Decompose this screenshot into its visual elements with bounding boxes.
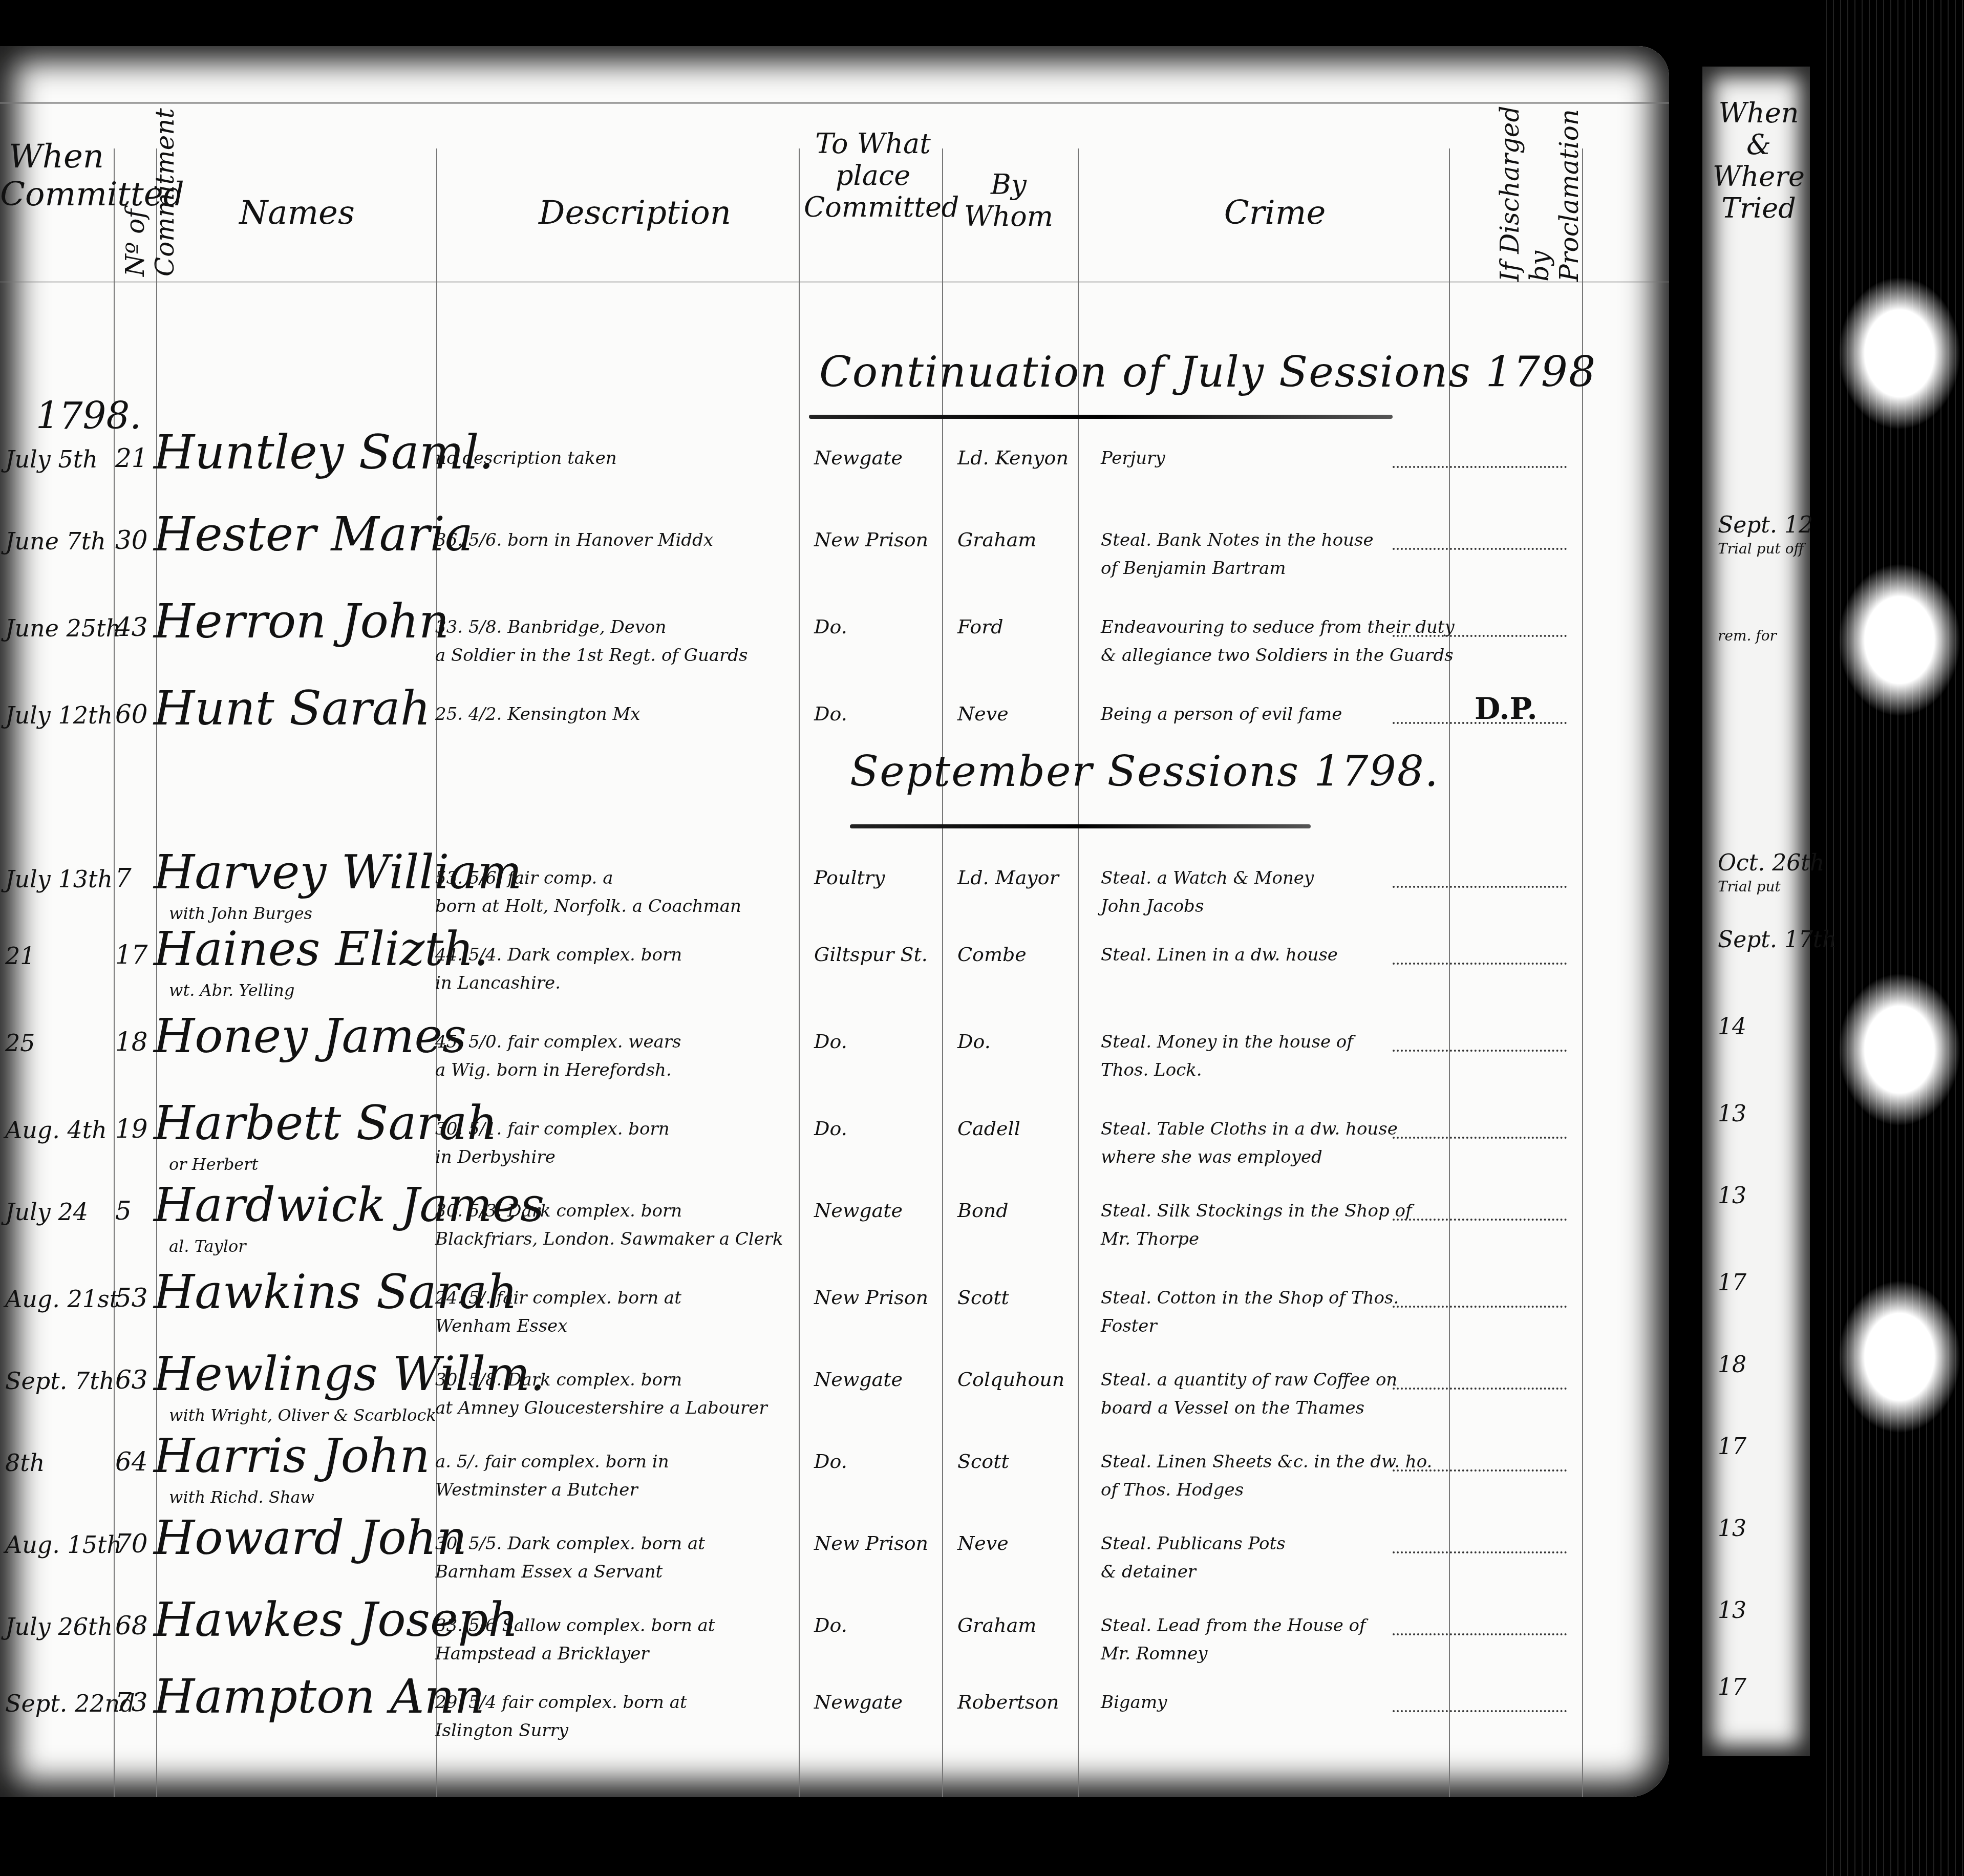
prisoner-name-cell: Hunt Sarah: [154, 681, 431, 736]
leader-dots: [1393, 1050, 1567, 1052]
committed-by-cell: Scott: [957, 1286, 1009, 1309]
committed-place-cell: New Prison: [814, 528, 928, 551]
accomplice-note: with John Burges: [169, 904, 312, 923]
leader-dots: [1393, 466, 1567, 468]
description-cell: 30. 5/8. Dark complex. born: [435, 1370, 682, 1390]
crime-line2: & allegiance two Soldiers in the Guards: [1101, 645, 1454, 666]
crime-cell: Steal. Publicans Pots: [1101, 1533, 1286, 1554]
header-discharged-by-proclamation: If Discharged by Proclamation: [1495, 87, 1584, 282]
crime-line2: of Thos. Hodges: [1101, 1480, 1244, 1500]
header-when-committed: When Committed: [0, 138, 113, 214]
commitment-number-cell: 30: [115, 525, 148, 555]
accomplice-note: al. Taylor: [169, 1237, 246, 1256]
commitment-number-cell: 17: [115, 940, 148, 970]
committed-by-cell: Neve: [957, 1532, 1009, 1554]
crime-cell: Steal. a Watch & Money: [1101, 868, 1314, 888]
committed-place-cell: New Prison: [814, 1286, 928, 1309]
tried-date-cell: Sept. 12: [1718, 512, 1813, 538]
commitment-number-cell: 64: [115, 1447, 148, 1477]
description-line2: Wenham Essex: [435, 1316, 567, 1336]
crime-cell: Steal. Linen Sheets &c. in the dw. ho.: [1101, 1452, 1432, 1472]
header-description: Description: [507, 195, 763, 232]
commitment-number-cell: 70: [115, 1529, 148, 1559]
commitment-number-cell: 18: [115, 1027, 148, 1057]
commitment-number-cell: 5: [115, 1196, 132, 1226]
description-line2: in Derbyshire: [435, 1147, 556, 1167]
description-line2: Barnham Essex a Servant: [435, 1562, 663, 1582]
committed-by-cell: Neve: [957, 702, 1009, 725]
tried-note: Trial put off: [1718, 540, 1804, 557]
committed-place-cell: Do.: [814, 1117, 847, 1140]
crime-cell: Steal. Cotton in the Shop of Thos.: [1101, 1288, 1399, 1308]
description-line2: Westminster a Butcher: [435, 1480, 638, 1500]
when-committed-cell: July 13th: [5, 865, 113, 893]
committed-by-cell: Ford: [957, 615, 1004, 638]
committed-place-cell: Newgate: [814, 1691, 903, 1713]
leader-dots: [1393, 1710, 1567, 1712]
description-cell: 30. 5/1. fair complex. born: [435, 1119, 670, 1139]
crime-cell: Steal. Silk Stockings in the Shop of: [1101, 1201, 1412, 1221]
commitment-number-cell: 63: [115, 1365, 148, 1395]
committed-place-cell: New Prison: [814, 1532, 928, 1554]
commitment-number-cell: 19: [115, 1114, 148, 1144]
description-line2: Blackfriars, London. Sawmaker a Clerk: [435, 1229, 783, 1249]
description-line2: born at Holt, Norfolk. a Coachman: [435, 896, 741, 916]
prisoner-name-cell: Honey James: [154, 1009, 466, 1063]
committed-place-cell: Newgate: [814, 446, 903, 469]
crime-line2: Mr. Romney: [1101, 1644, 1207, 1664]
accomplice-note: or Herbert: [169, 1155, 258, 1174]
description-line2: Islington Surry: [435, 1720, 568, 1741]
header-crime: Crime: [1167, 195, 1382, 232]
crime-line2: board a Vessel on the Thames: [1101, 1398, 1364, 1418]
when-committed-cell: 8th: [5, 1449, 45, 1477]
commitment-number-cell: 73: [115, 1688, 148, 1717]
when-committed-cell: Sept. 7th: [5, 1367, 114, 1395]
crime-line2: John Jacobs: [1101, 896, 1204, 916]
crime-cell: Bigamy: [1101, 1692, 1167, 1713]
tried-note: Trial put: [1718, 878, 1781, 895]
tried-note: rem. for: [1718, 627, 1777, 644]
committed-by-cell: Scott: [957, 1450, 1009, 1473]
film-light-spot: [1838, 1280, 1961, 1434]
section-underline: [850, 824, 1311, 828]
leader-dots: [1393, 1633, 1567, 1635]
committed-by-cell: Graham: [957, 528, 1036, 551]
prisoner-name-cell: Harris John: [154, 1429, 430, 1483]
tried-date-cell: 13: [1718, 1516, 1746, 1542]
when-committed-cell: June 7th: [5, 527, 106, 555]
accomplice-note: with Richd. Shaw: [169, 1487, 314, 1507]
tried-date-cell: 17: [1718, 1674, 1746, 1700]
committed-place-cell: Newgate: [814, 1368, 903, 1391]
tried-date-cell: 13: [1718, 1101, 1746, 1127]
committed-by-cell: Combe: [957, 943, 1027, 966]
year-label: 1798.: [36, 394, 141, 437]
crime-cell: Perjury: [1101, 448, 1165, 468]
description-cell: 33. 5/8. Banbridge, Devon: [435, 617, 666, 637]
committed-by-cell: Robertson: [957, 1691, 1059, 1713]
film-light-spot: [1838, 276, 1961, 430]
commitment-number-cell: 43: [115, 612, 148, 642]
tried-date-cell: 14: [1718, 1014, 1746, 1040]
discharged-mark: D.P.: [1475, 691, 1538, 726]
committed-place-cell: Do.: [814, 615, 847, 638]
committed-place-cell: Do.: [814, 1030, 847, 1053]
description-line2: Hampstead a Bricklayer: [435, 1644, 649, 1664]
crime-cell: Steal. Lead from the House of: [1101, 1615, 1366, 1636]
prisoner-name-cell: Hester Maria: [154, 507, 473, 562]
tried-date-cell: 17: [1718, 1270, 1746, 1296]
committed-by-cell: Ld. Mayor: [957, 866, 1059, 889]
tried-date-cell: 13: [1718, 1183, 1746, 1209]
when-committed-cell: Aug. 15th: [5, 1531, 122, 1559]
description-cell: 30. 5/5. Dark complex. born at: [435, 1533, 705, 1554]
leader-dots: [1393, 548, 1567, 550]
committed-by-cell: Cadell: [957, 1117, 1020, 1140]
header-names: Names: [195, 195, 399, 232]
committed-by-cell: Ld. Kenyon: [957, 446, 1069, 469]
crime-line2: of Benjamin Bartram: [1101, 558, 1286, 579]
description-cell: a. 5/. fair complex. born in: [435, 1452, 669, 1472]
crime-cell: Steal. Money in the house of: [1101, 1032, 1353, 1052]
description-line2: a Soldier in the 1st Regt. of Guards: [435, 645, 748, 666]
description-line2: in Lancashire.: [435, 973, 561, 993]
tried-date-cell: 18: [1718, 1352, 1746, 1378]
when-committed-cell: July 24: [5, 1198, 88, 1226]
description-cell: 36. 5/6. born in Hanover Middx: [435, 530, 713, 550]
crime-line2: & detainer: [1101, 1562, 1196, 1582]
header-bottom-rule: [0, 282, 1669, 283]
header-number-of-commitment: Nº of Commitment: [120, 108, 180, 276]
when-committed-cell: Aug. 21st: [5, 1285, 119, 1313]
description-cell: 24. 5/. fair complex. born at: [435, 1288, 681, 1308]
committed-by-cell: Graham: [957, 1614, 1036, 1636]
header-top-rule: [0, 102, 1669, 104]
committed-by-cell: Bond: [957, 1199, 1009, 1222]
leader-dots: [1393, 1388, 1567, 1390]
prisoner-name-cell: Howard John: [154, 1510, 467, 1565]
commitment-number-cell: 60: [115, 699, 148, 729]
header-to-what-place-committed: To What place Committed: [804, 128, 942, 223]
film-light-spot: [1838, 563, 1961, 717]
header-by-whom: By Whom: [952, 169, 1065, 232]
adjacent-page-strip: When & Where Tried Sept. 12Trial put off…: [1702, 67, 1810, 1756]
description-cell: 29. 5/4 fair complex. born at: [435, 1692, 687, 1713]
when-committed-cell: July 5th: [5, 445, 98, 473]
description-cell: 45. 5/0. fair complex. wears: [435, 1032, 681, 1052]
commitment-number-cell: 68: [115, 1611, 148, 1640]
description-cell: 33. 5/6 Sallow complex. born at: [435, 1615, 715, 1636]
crime-cell: Steal. Bank Notes in the house: [1101, 530, 1374, 550]
leader-dots: [1393, 1137, 1567, 1139]
leader-dots: [1393, 722, 1567, 724]
committed-place-cell: Giltspur St.: [814, 943, 928, 966]
description-cell: 53. 5/6. fair comp. a: [435, 868, 613, 888]
tried-date-cell: Sept. 17th: [1718, 927, 1837, 953]
when-committed-cell: July 26th: [5, 1613, 113, 1640]
description-cell: 44. 5/4. Dark complex. born: [435, 945, 682, 965]
column-rule: [799, 148, 800, 1797]
commitment-number-cell: 53: [115, 1283, 148, 1313]
committed-place-cell: Do.: [814, 1450, 847, 1473]
section-title: Continuation of July Sessions 1798: [819, 348, 1596, 397]
when-committed-cell: 21: [5, 942, 35, 970]
crime-cell: Being a person of evil fame: [1101, 704, 1342, 724]
leader-dots: [1393, 635, 1567, 637]
crime-cell: Endeavouring to seduce from their duty: [1101, 617, 1455, 637]
when-committed-cell: 25: [5, 1029, 35, 1057]
leader-dots: [1393, 1219, 1567, 1221]
committed-place-cell: Newgate: [814, 1199, 903, 1222]
accomplice-note: wt. Abr. Yelling: [169, 980, 294, 1000]
description-cell: 30. 5/3. Dark complex. born: [435, 1201, 682, 1221]
description-line2: at Amney Gloucestershire a Labourer: [435, 1398, 767, 1418]
committed-place-cell: Do.: [814, 702, 847, 725]
accomplice-note: with Wright, Oliver & Scarblock: [169, 1405, 436, 1425]
crime-cell: Steal. Linen in a dw. house: [1101, 945, 1338, 965]
film-light-spot: [1838, 973, 1961, 1126]
leader-dots: [1393, 1306, 1567, 1308]
section-underline: [809, 415, 1393, 419]
commitment-number-cell: 7: [115, 863, 132, 893]
description-cell: no description taken: [435, 448, 617, 468]
tried-date-cell: 13: [1718, 1597, 1746, 1624]
leader-dots: [1393, 963, 1567, 965]
prisoner-name-cell: Herron John: [154, 594, 449, 649]
committed-place-cell: Do.: [814, 1614, 847, 1636]
commitment-number-cell: 21: [115, 443, 148, 473]
when-committed-cell: Aug. 4th: [5, 1116, 107, 1144]
committed-by-cell: Do.: [957, 1030, 991, 1053]
crime-line2: where she was employed: [1101, 1147, 1322, 1167]
crime-cell: Steal. a quantity of raw Coffee on: [1101, 1370, 1397, 1390]
tried-date-cell: 17: [1718, 1434, 1746, 1460]
description-line2: a Wig. born in Herefordsh.: [435, 1060, 672, 1080]
committed-by-cell: Colquhoun: [957, 1368, 1064, 1391]
when-committed-cell: July 12th: [5, 701, 113, 729]
leader-dots: [1393, 886, 1567, 888]
tried-date-cell: Oct. 26th: [1718, 850, 1824, 876]
crime-line2: Mr. Thorpe: [1101, 1229, 1199, 1249]
when-committed-cell: June 25th: [5, 614, 121, 642]
crime-line2: Thos. Lock.: [1101, 1060, 1202, 1080]
leader-dots: [1393, 1551, 1567, 1553]
description-cell: 25. 4/2. Kensington Mx: [435, 704, 641, 724]
ledger-page: When Committed Nº of Commitment Names De…: [0, 46, 1669, 1797]
leader-dots: [1393, 1469, 1567, 1472]
section-title: September Sessions 1798.: [850, 748, 1439, 796]
crime-cell: Steal. Table Cloths in a dw. house: [1101, 1119, 1398, 1139]
committed-place-cell: Poultry: [814, 866, 885, 889]
crime-line2: Foster: [1101, 1316, 1157, 1336]
header-when-where-tried: When & Where Tried: [1713, 97, 1805, 224]
